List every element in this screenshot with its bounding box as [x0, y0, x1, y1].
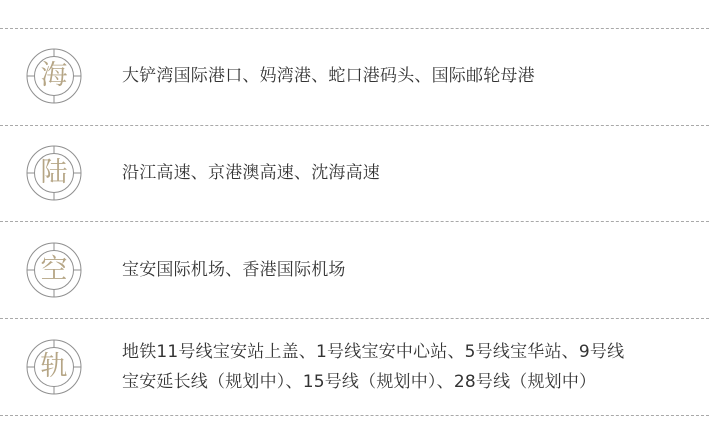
transport-row-land: 陆 沿江高速、京港澳高速、沈海高速 — [0, 126, 709, 221]
badge-char: 轨 — [26, 339, 82, 395]
transport-row-rail: 轨 地铁11号线宝安站上盖、1号线宝安中心站、5号线宝华站、9号线 宝安延长线（… — [0, 319, 709, 415]
badge-char: 空 — [26, 242, 82, 298]
row-description: 大铲湾国际港口、妈湾港、蛇口港码头、国际邮轮母港 — [122, 61, 535, 91]
description-line: 沿江高速、京港澳高速、沈海高速 — [122, 158, 380, 188]
land-transport-icon: 陆 — [26, 145, 82, 201]
row-description: 沿江高速、京港澳高速、沈海高速 — [122, 158, 380, 188]
divider-bottom — [0, 415, 709, 416]
sea-transport-icon: 海 — [26, 48, 82, 104]
description-line: 宝安国际机场、香港国际机场 — [122, 255, 346, 285]
badge-char: 海 — [26, 48, 82, 104]
description-line: 地铁11号线宝安站上盖、1号线宝安中心站、5号线宝华站、9号线 — [122, 337, 624, 367]
badge-char: 陆 — [26, 145, 82, 201]
description-line: 大铲湾国际港口、妈湾港、蛇口港码头、国际邮轮母港 — [122, 61, 535, 91]
description-line: 宝安延长线（规划中）、15号线（规划中）、28号线（规划中） — [122, 367, 624, 397]
air-transport-icon: 空 — [26, 242, 82, 298]
row-description: 地铁11号线宝安站上盖、1号线宝安中心站、5号线宝华站、9号线 宝安延长线（规划… — [122, 337, 624, 397]
transport-row-sea: 海 大铲湾国际港口、妈湾港、蛇口港码头、国际邮轮母港 — [0, 29, 709, 125]
rail-transport-icon: 轨 — [26, 339, 82, 395]
transport-row-air: 空 宝安国际机场、香港国际机场 — [0, 222, 709, 318]
row-description: 宝安国际机场、香港国际机场 — [122, 255, 346, 285]
